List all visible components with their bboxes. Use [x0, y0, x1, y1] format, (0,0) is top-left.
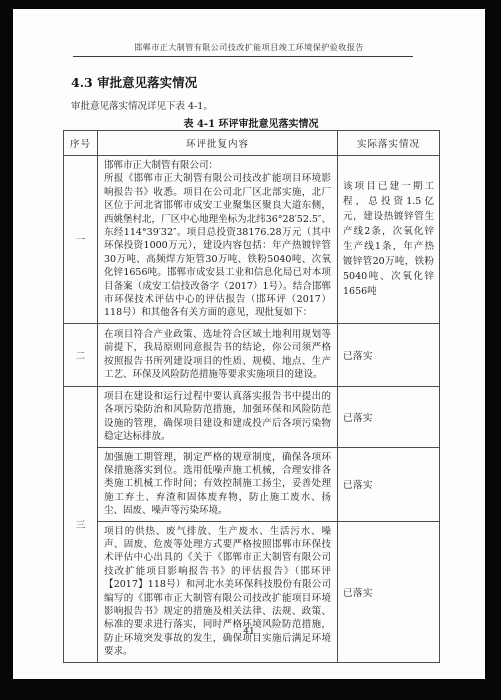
row-content-3b: 加强施工期管理，制定严格的规章制度，确保各项环保措施落实到位。选用低噪声施工机械…: [98, 447, 338, 521]
column-header-status: 实际落实情况: [338, 131, 440, 156]
page-number: 41: [13, 627, 485, 637]
section-title: 4.3 审批意见落实情况: [71, 73, 197, 91]
table-row: 加强施工期管理，制定严格的规章制度，确保各项环保措施落实到位。选用低噪声施工机械…: [64, 447, 440, 521]
column-header-content: 环评批复内容: [98, 131, 338, 156]
intro-text: 审批意见落实情况详见下表 4-1。: [71, 98, 213, 112]
approval-implementation-table: 序号 环评批复内容 实际落实情况 一 邯郸市正大制管有限公司： 所报《邯郸市正大…: [63, 130, 440, 663]
document-page: 邯郸市正大制管有限公司技改扩能项目竣工环境保护验收报告 4.3 审批意见落实情况…: [13, 9, 485, 679]
running-header: 邯郸市正大制管有限公司技改扩能项目竣工环境保护验收报告: [13, 42, 485, 53]
row-seq-1: 一: [64, 156, 98, 324]
row-content-2: 在项目符合产业政策、选址符合区域土地利用规划等前提下，我局原则同意报告书的结论，…: [98, 323, 338, 386]
row-content-3c: 项目的供热、废气排放、生产废水、生活污水、噪声、固废、危废等处理方式要严格按照邯…: [98, 521, 338, 662]
row-seq-2: 二: [64, 323, 98, 386]
table-row: 一 邯郸市正大制管有限公司： 所报《邯郸市正大制管有限公司技改扩能项目环境影响报…: [64, 156, 440, 324]
header-divider: [73, 56, 413, 57]
table-row: 三 项目在建设和运行过程中要认真落实报告书中提出的各项污染防治和风险防范措施，加…: [64, 386, 440, 447]
row-status-3c: 已落实: [338, 521, 440, 662]
row-status-3b: 已落实: [338, 447, 440, 521]
row-status-1: 该项目已建一期工程，总投资1.5亿元，建设热镀锌管生产线2条，次氧化锌生产线1条…: [338, 156, 440, 324]
row-content-3a: 项目在建设和运行过程中要认真落实报告书中提出的各项污染防治和风险防范措施，加强环…: [98, 386, 338, 447]
table-title: 表 4-1 环评审批意见落实情况: [63, 115, 439, 130]
row-content-1: 邯郸市正大制管有限公司： 所报《邯郸市正大制管有限公司技改扩能项目环境影响报告书…: [98, 156, 338, 324]
row-status-3a: 已落实: [338, 386, 440, 447]
column-header-seq: 序号: [64, 131, 98, 156]
row-status-2: 已落实: [338, 323, 440, 386]
table-header-row: 序号 环评批复内容 实际落实情况: [64, 131, 440, 156]
table-row: 项目的供热、废气排放、生产废水、生活污水、噪声、固废、危废等处理方式要严格按照邯…: [64, 521, 440, 662]
table-row: 二 在项目符合产业政策、选址符合区域土地利用规划等前提下，我局原则同意报告书的结…: [64, 323, 440, 386]
row-seq-3: 三: [64, 386, 98, 662]
